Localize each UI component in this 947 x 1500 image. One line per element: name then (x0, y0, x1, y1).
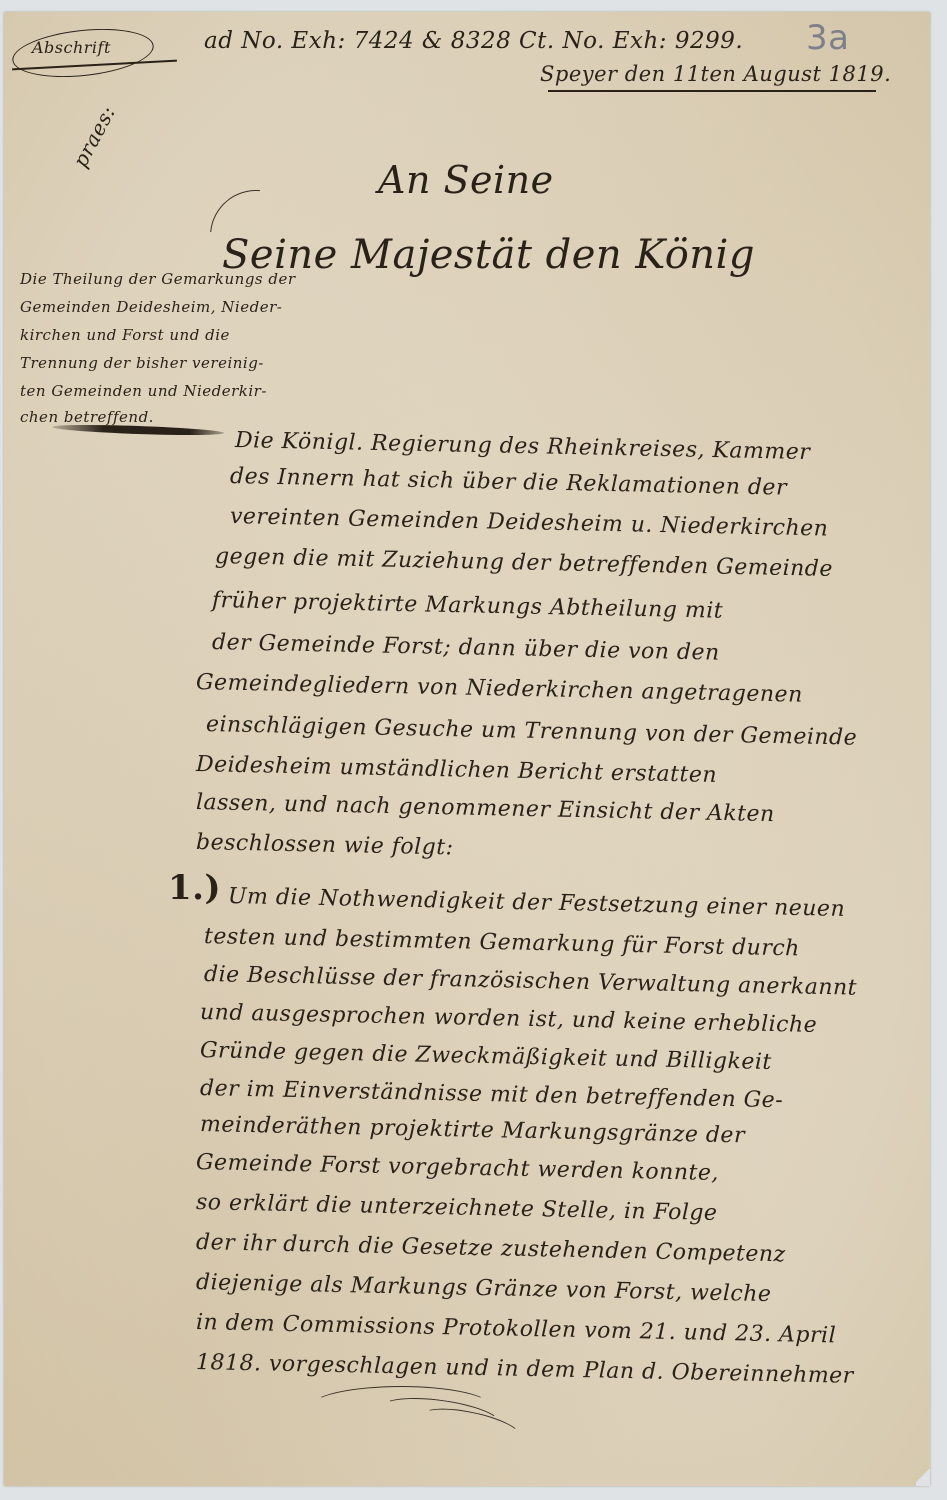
pencil-folio-number: 3a (806, 18, 849, 58)
address-line-1: An Seine (378, 158, 554, 202)
margin-line: Trennung der bisher vereinig- (20, 354, 264, 372)
margin-line: kirchen und Forst und die (20, 326, 230, 344)
date-underline (548, 90, 876, 92)
margin-line: Gemeinden Deidesheim, Nieder- (20, 298, 282, 316)
place-and-date: Speyer den 11ten August 1819. (540, 62, 891, 86)
reference-numbers: ad No. Exh: 7424 & 8328 Ct. No. Exh: 929… (204, 28, 743, 54)
margin-line: chen betreffend. (20, 408, 154, 426)
body-line: beschlossen wie folgt: (196, 830, 454, 860)
margin-line: ten Gemeinden und Niederkir- (20, 382, 267, 400)
item-number: 1.) (168, 868, 221, 908)
abschrift-stamp-label: Abschrift (32, 38, 111, 57)
